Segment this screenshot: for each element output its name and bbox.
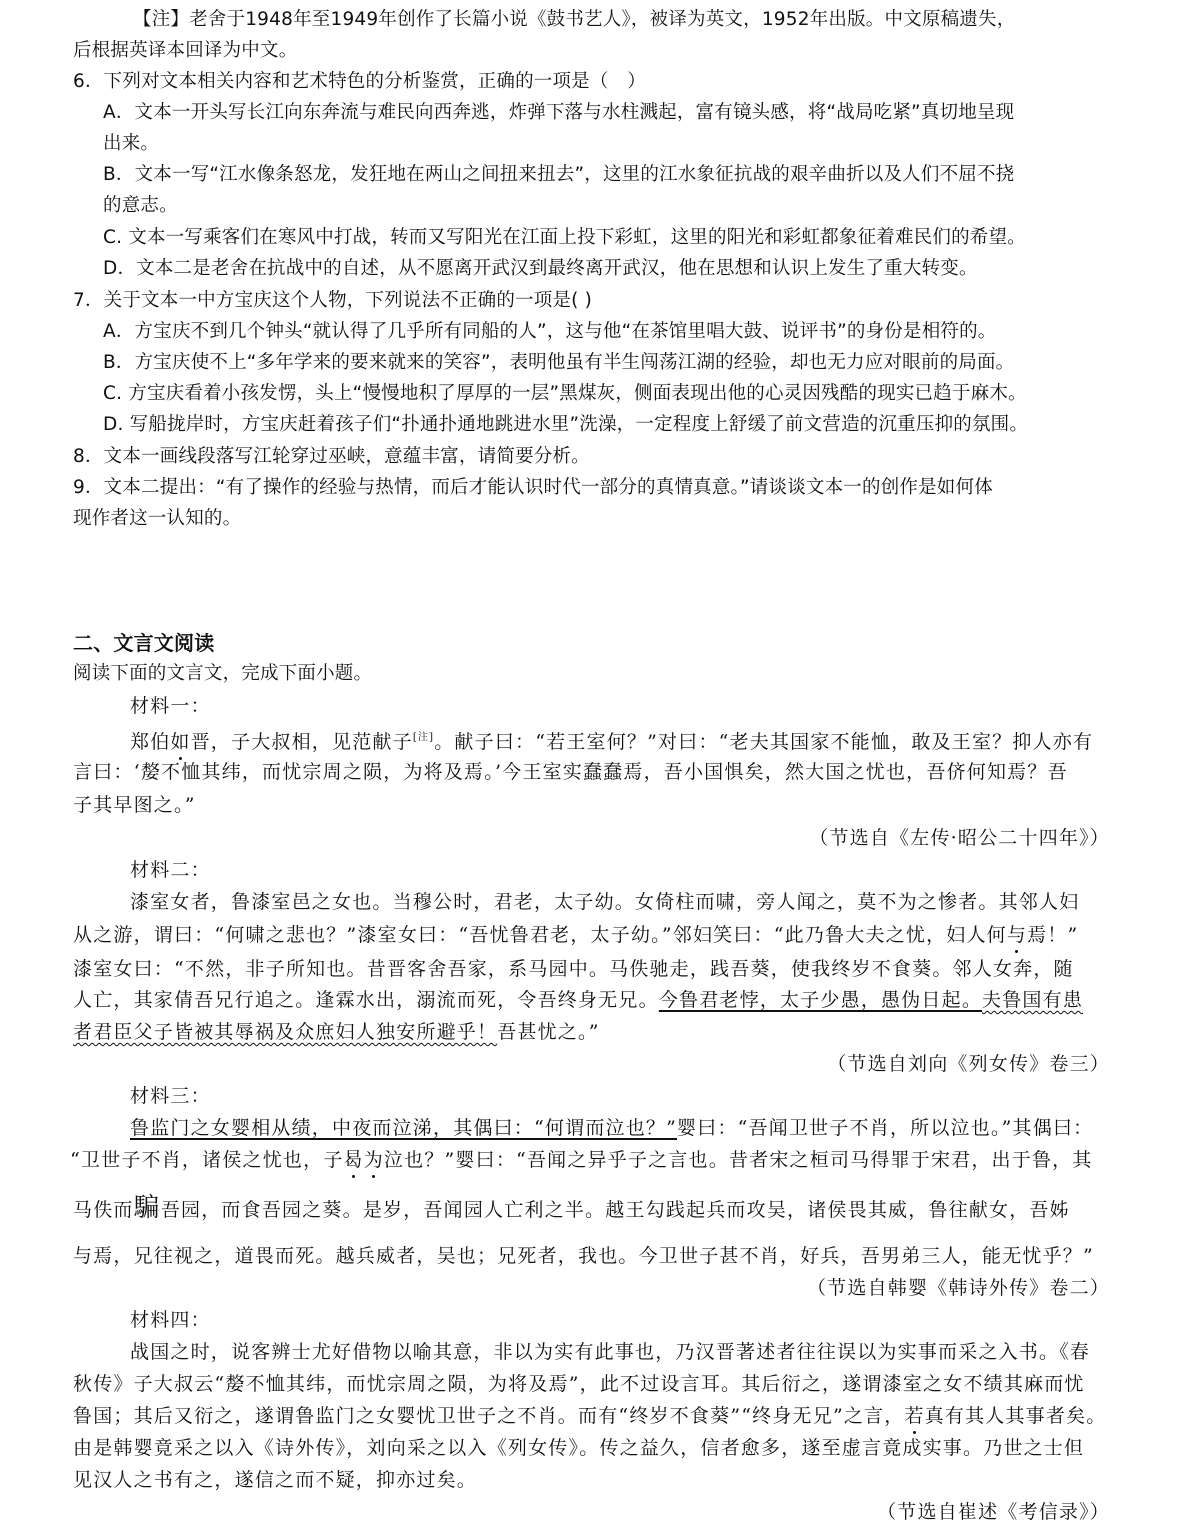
text-span: 吾甚忧之。”: [497, 1021, 599, 1043]
text-span: 从之游，谓曰：“何啸之悲也？”漆室女曰：“吾忧鲁君老，太子幼。”邻妇笑曰：“此乃…: [73, 924, 1007, 946]
question-6-option-b: B．文本一写“江水像条怒龙，发狂地在两山之间扭来扭去”，这里的江水象征抗战的艰辛…: [103, 163, 1014, 187]
question-6-option-c: C. 文本一写乘客们在寒风中打战，转而又写阳光在江面上投下彩虹，这里的阳光和彩虹…: [103, 226, 1026, 250]
material-4-line-2: 秋传》子大叔云“嫠不恤其纬，而忧宗周之陨，为将及焉”，此不过设言耳。其后衍之，遂…: [73, 1372, 1085, 1396]
material-2-source: （节选自刘向《列女传》卷三）: [827, 1052, 1110, 1076]
text-span: 人亡，其家倩吾兄行追之。逢霖水出，溺流而死，令吾终身无兄。: [73, 989, 659, 1011]
question-6-stem: 6．下列对文本相关内容和艺术特色的分析鉴赏，正确的一项是（ ）: [73, 70, 646, 94]
emphasis-dot-char: 如: [170, 731, 190, 753]
material-4-line-5: 见汉人之书有之，遂信之而不疑，抑亦过矣。: [73, 1468, 477, 1492]
material-2-line-4: 人亡，其家倩吾兄行追之。逢霖水出，溺流而死，令吾终身无兄。今鲁君老悖，太子少愚，…: [73, 988, 1083, 1012]
material-1-line-1: 郑伯如晋，子大叔相，见范献子[注]。献子曰：“若王室何？”对曰：“老夫其国家不能…: [130, 726, 1093, 754]
material-3-line-4: 与焉，兄往视之，道畏而死。越兵威者，吴也；兄死者，我也。今卫世子甚不肖，好兵，吾…: [73, 1244, 1094, 1268]
text-span: “卫世子不肖，诸侯之忧也，子: [70, 1149, 344, 1171]
text-span: 焉！”: [1027, 924, 1078, 946]
question-7-option-b: B．方宝庆使不上“多年学来的要来就来的笑容”，表明他虽有半生闯荡江湖的经验，却也…: [103, 351, 1014, 375]
material-2-line-2: 从之游，谓曰：“何啸之悲也？”漆室女曰：“吾忧鲁君老，太子幼。”邻妇笑曰：“此乃…: [73, 923, 1078, 947]
material-1-line-3: 子其早图之。”: [73, 793, 196, 817]
text-span: 。献子曰：“若王室何？”对曰：“老夫其国家不能恤，敢及王室？抑人亦有: [434, 731, 1093, 753]
question-6-option-a-cont: 出来。: [103, 132, 159, 156]
question-6-option-a: A．文本一开头写长江向东奔流与难民向西奔逃，炸弹下落与水柱溅起，富有镜头感，将“…: [103, 101, 1014, 125]
underlined-sentence: 今鲁君老悖，太子少愚，愚伪日起。: [659, 989, 982, 1011]
material-1-source: （节选自《左传·昭公二十四年》）: [809, 826, 1110, 850]
emphasis-dot-char: 为: [364, 1149, 384, 1171]
material-2-line-3: 漆室女曰：“不然，非子所知也。昔晋客舍吾家，系马园中。马佚驰走，践吾葵，使我终岁…: [73, 957, 1074, 981]
material-4-line-4: 由是韩婴竟采之以入《诗外传》，刘向采之以入《列女传》。传之益久，信者愈多，遂至虚…: [73, 1436, 1084, 1460]
material-4-source: （节选自崔述《考信录》）: [877, 1500, 1110, 1524]
material-4-line-3: 鲁国；其后又衍之，遂谓鲁监门之女婴忧卫世子之不肖。而有“终岁不食葵”“终身无兄”…: [73, 1404, 1106, 1428]
text-span: 晋，子大叔相，见范献子: [191, 731, 413, 753]
rare-character-image: 騙: [134, 1193, 161, 1223]
wavy-underlined-sentence: 夫鲁国有患: [982, 989, 1083, 1011]
emphasis-dot-char: 若: [904, 1405, 924, 1427]
emphasis-dot-char: 与: [1007, 924, 1027, 946]
text-span: 婴曰：“吾闻卫世子不肖，所以泣也。”其偶曰：: [677, 1117, 1093, 1139]
text-span: 鲁国；其后又衍之，遂谓鲁监门之女婴忧卫世子之不肖。而有“终岁不食葵”“终身无兄”…: [73, 1405, 904, 1427]
material-4-label: 材料四：: [130, 1308, 211, 1332]
material-1-line-2: 言曰：‘嫠不恤其纬，而忧宗周之陨，为将及焉。’今王室实蠢蠢焉，吾小国惧矣，然大国…: [73, 760, 1068, 784]
material-3-line-3: 马佚而騙吾园，而食吾园之葵。是岁，吾闻园人亡利之半。越王勾践起兵而攻吴，诸侯畏其…: [73, 1196, 1070, 1222]
question-7-option-c: C. 方宝庆看着小孩发愣，头上“慢慢地积了厚厚的一层”黑煤灰，侧面表现出他的心灵…: [103, 382, 1027, 406]
text-span: 马佚而: [73, 1199, 134, 1221]
question-9: 9．文本二提出：“有了操作的经验与热情，而后才能认识时代一部分的真情真意。”请谈…: [73, 476, 993, 500]
material-3-source: （节选自韩婴《韩诗外传》卷二）: [807, 1276, 1110, 1300]
material-4-line-1: 战国之时，说客辨士尤好借物以喻其意，非以为实有此事也，乃汉晋著述者往往误以为实事…: [130, 1340, 1090, 1364]
text-span: 郑伯: [130, 731, 170, 753]
question-6-option-b-cont: 的意志。: [103, 194, 178, 218]
text-span: 吾园，而食吾园之葵。是岁，吾闻园人亡利之半。越王勾践起兵而攻吴，诸侯畏其威，鲁往…: [161, 1199, 1070, 1221]
question-7-option-d: D. 写船拢岸时，方宝庆赶着孩子们“扑通扑通地跳进水里”洗澡，一定程度上舒缓了前…: [103, 413, 1028, 437]
question-7-option-a: A．方宝庆不到几个钟头“就认得了几乎所有同船的人”，这与他“在茶馆里唱大鼓、说评…: [103, 320, 997, 344]
material-2-label: 材料二：: [130, 858, 211, 882]
question-6-option-d: D．文本二是老舍在抗战中的自述，从不愿离开武汉到最终离开武汉，他在思想和认识上发…: [103, 257, 978, 281]
question-7-stem: 7．关于文本一中方宝庆这个人物，下列说法不正确的一项是( ): [73, 289, 592, 313]
material-2-line-1: 漆室女者，鲁漆室邑之女也。当穆公时，君老，太子幼。女倚柱而啸，旁人闻之，莫不为之…: [130, 890, 1079, 914]
material-2-line-5: 者君臣父子皆被其辱祸及众庶妇人独安所避乎！吾甚忧之。”: [73, 1020, 600, 1044]
text-span: 真有其人其事者矣。: [925, 1405, 1107, 1427]
question-9-cont: 现作者这一认知的。: [73, 507, 241, 531]
section-instruction: 阅读下面的文言文，完成下面小题。: [73, 662, 372, 686]
note-line-2: 后根据英译本回译为中文。: [73, 39, 297, 63]
wavy-underlined-sentence: 者君臣父子皆被其辱祸及众庶妇人独安所避乎！: [73, 1021, 497, 1043]
question-8: 8．文本一画线段落写江轮穿过巫峡，意蕴丰富，请简要分析。: [73, 445, 590, 469]
underlined-sentence: 鲁监门之女婴相从绩，中夜而泣涕，其偶曰：“何谓而泣也？”: [130, 1117, 677, 1139]
footnote-marker: [注]: [413, 732, 434, 743]
note-line-1: 【注】老舍于1948年至1949年创作了长篇小说《鼓书艺人》，被译为英文，195…: [133, 8, 1015, 32]
section-heading: 二、文言文阅读: [73, 631, 214, 655]
emphasis-dot-char: 曷: [344, 1149, 364, 1171]
material-3-label: 材料三：: [130, 1084, 211, 1108]
text-span: 泣也？”婴曰：“吾闻之异乎子之言也。昔者宋之桓司马得罪于宋君，出于鲁，其: [384, 1149, 1093, 1171]
material-3-line-1: 鲁监门之女婴相从绩，中夜而泣涕，其偶曰：“何谓而泣也？”婴曰：“吾闻卫世子不肖，…: [130, 1116, 1093, 1140]
material-1-label: 材料一：: [130, 694, 211, 718]
material-3-line-2: “卫世子不肖，诸侯之忧也，子曷为泣也？”婴曰：“吾闻之异乎子之言也。昔者宋之桓司…: [70, 1148, 1093, 1172]
